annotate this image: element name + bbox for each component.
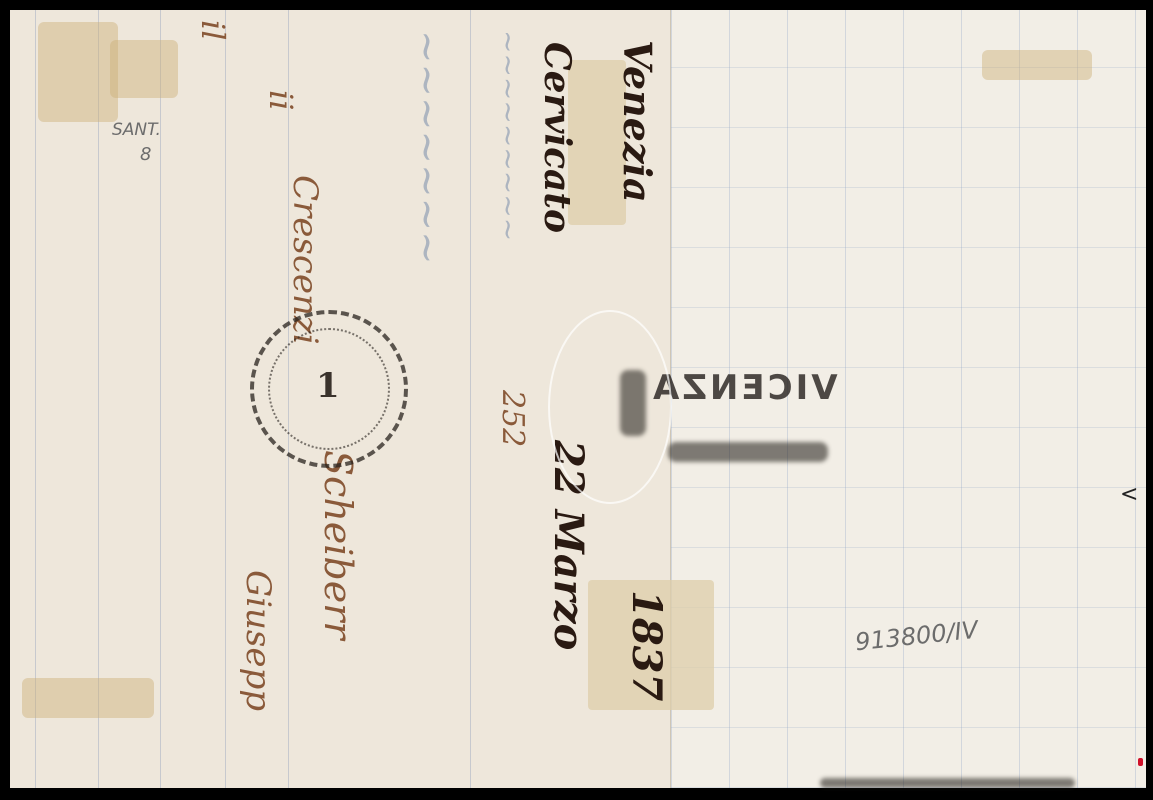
- bleed-through-script: ~~~~~~~: [404, 30, 450, 265]
- red-mark: [1138, 758, 1143, 766]
- bleed-through-script: ~~~~~~~~~: [492, 30, 525, 241]
- hinge-stain: [38, 22, 118, 122]
- edge-soiling: [820, 778, 1075, 788]
- brown-script-column: Scheiberr: [316, 450, 360, 640]
- hinge-stain: [110, 40, 178, 98]
- seal-impression: [548, 310, 672, 504]
- faded-number: 252: [495, 390, 530, 447]
- hinge-stain: [22, 678, 154, 718]
- pencil-notation-sant: SANT.: [112, 120, 161, 140]
- ruled-line: [98, 10, 99, 788]
- ruled-line: [225, 10, 226, 788]
- brown-script-column: Giusepp: [238, 570, 278, 711]
- destination-city: Venezia: [615, 40, 660, 203]
- pencil-notation-number: 8: [140, 144, 151, 165]
- brown-script-column: il: [194, 20, 232, 40]
- letter-year: 1837: [623, 590, 670, 701]
- letter-sheet: SANT. 8 913800/IV il ii Crescenzi Scheib…: [10, 10, 1146, 788]
- circular-postmark: 1: [250, 310, 408, 468]
- ruled-line: [35, 10, 36, 788]
- margin-mark: <: [1120, 482, 1138, 507]
- brown-script-column: ii: [262, 90, 300, 110]
- straight-line-cancel: VICENZA: [650, 368, 838, 408]
- ruled-line: [470, 10, 471, 788]
- postmark-number: 1: [316, 366, 340, 406]
- hinge-stain: [982, 50, 1092, 80]
- recipient-name: Cervicato: [536, 42, 578, 233]
- cancel-smudge: [668, 442, 828, 462]
